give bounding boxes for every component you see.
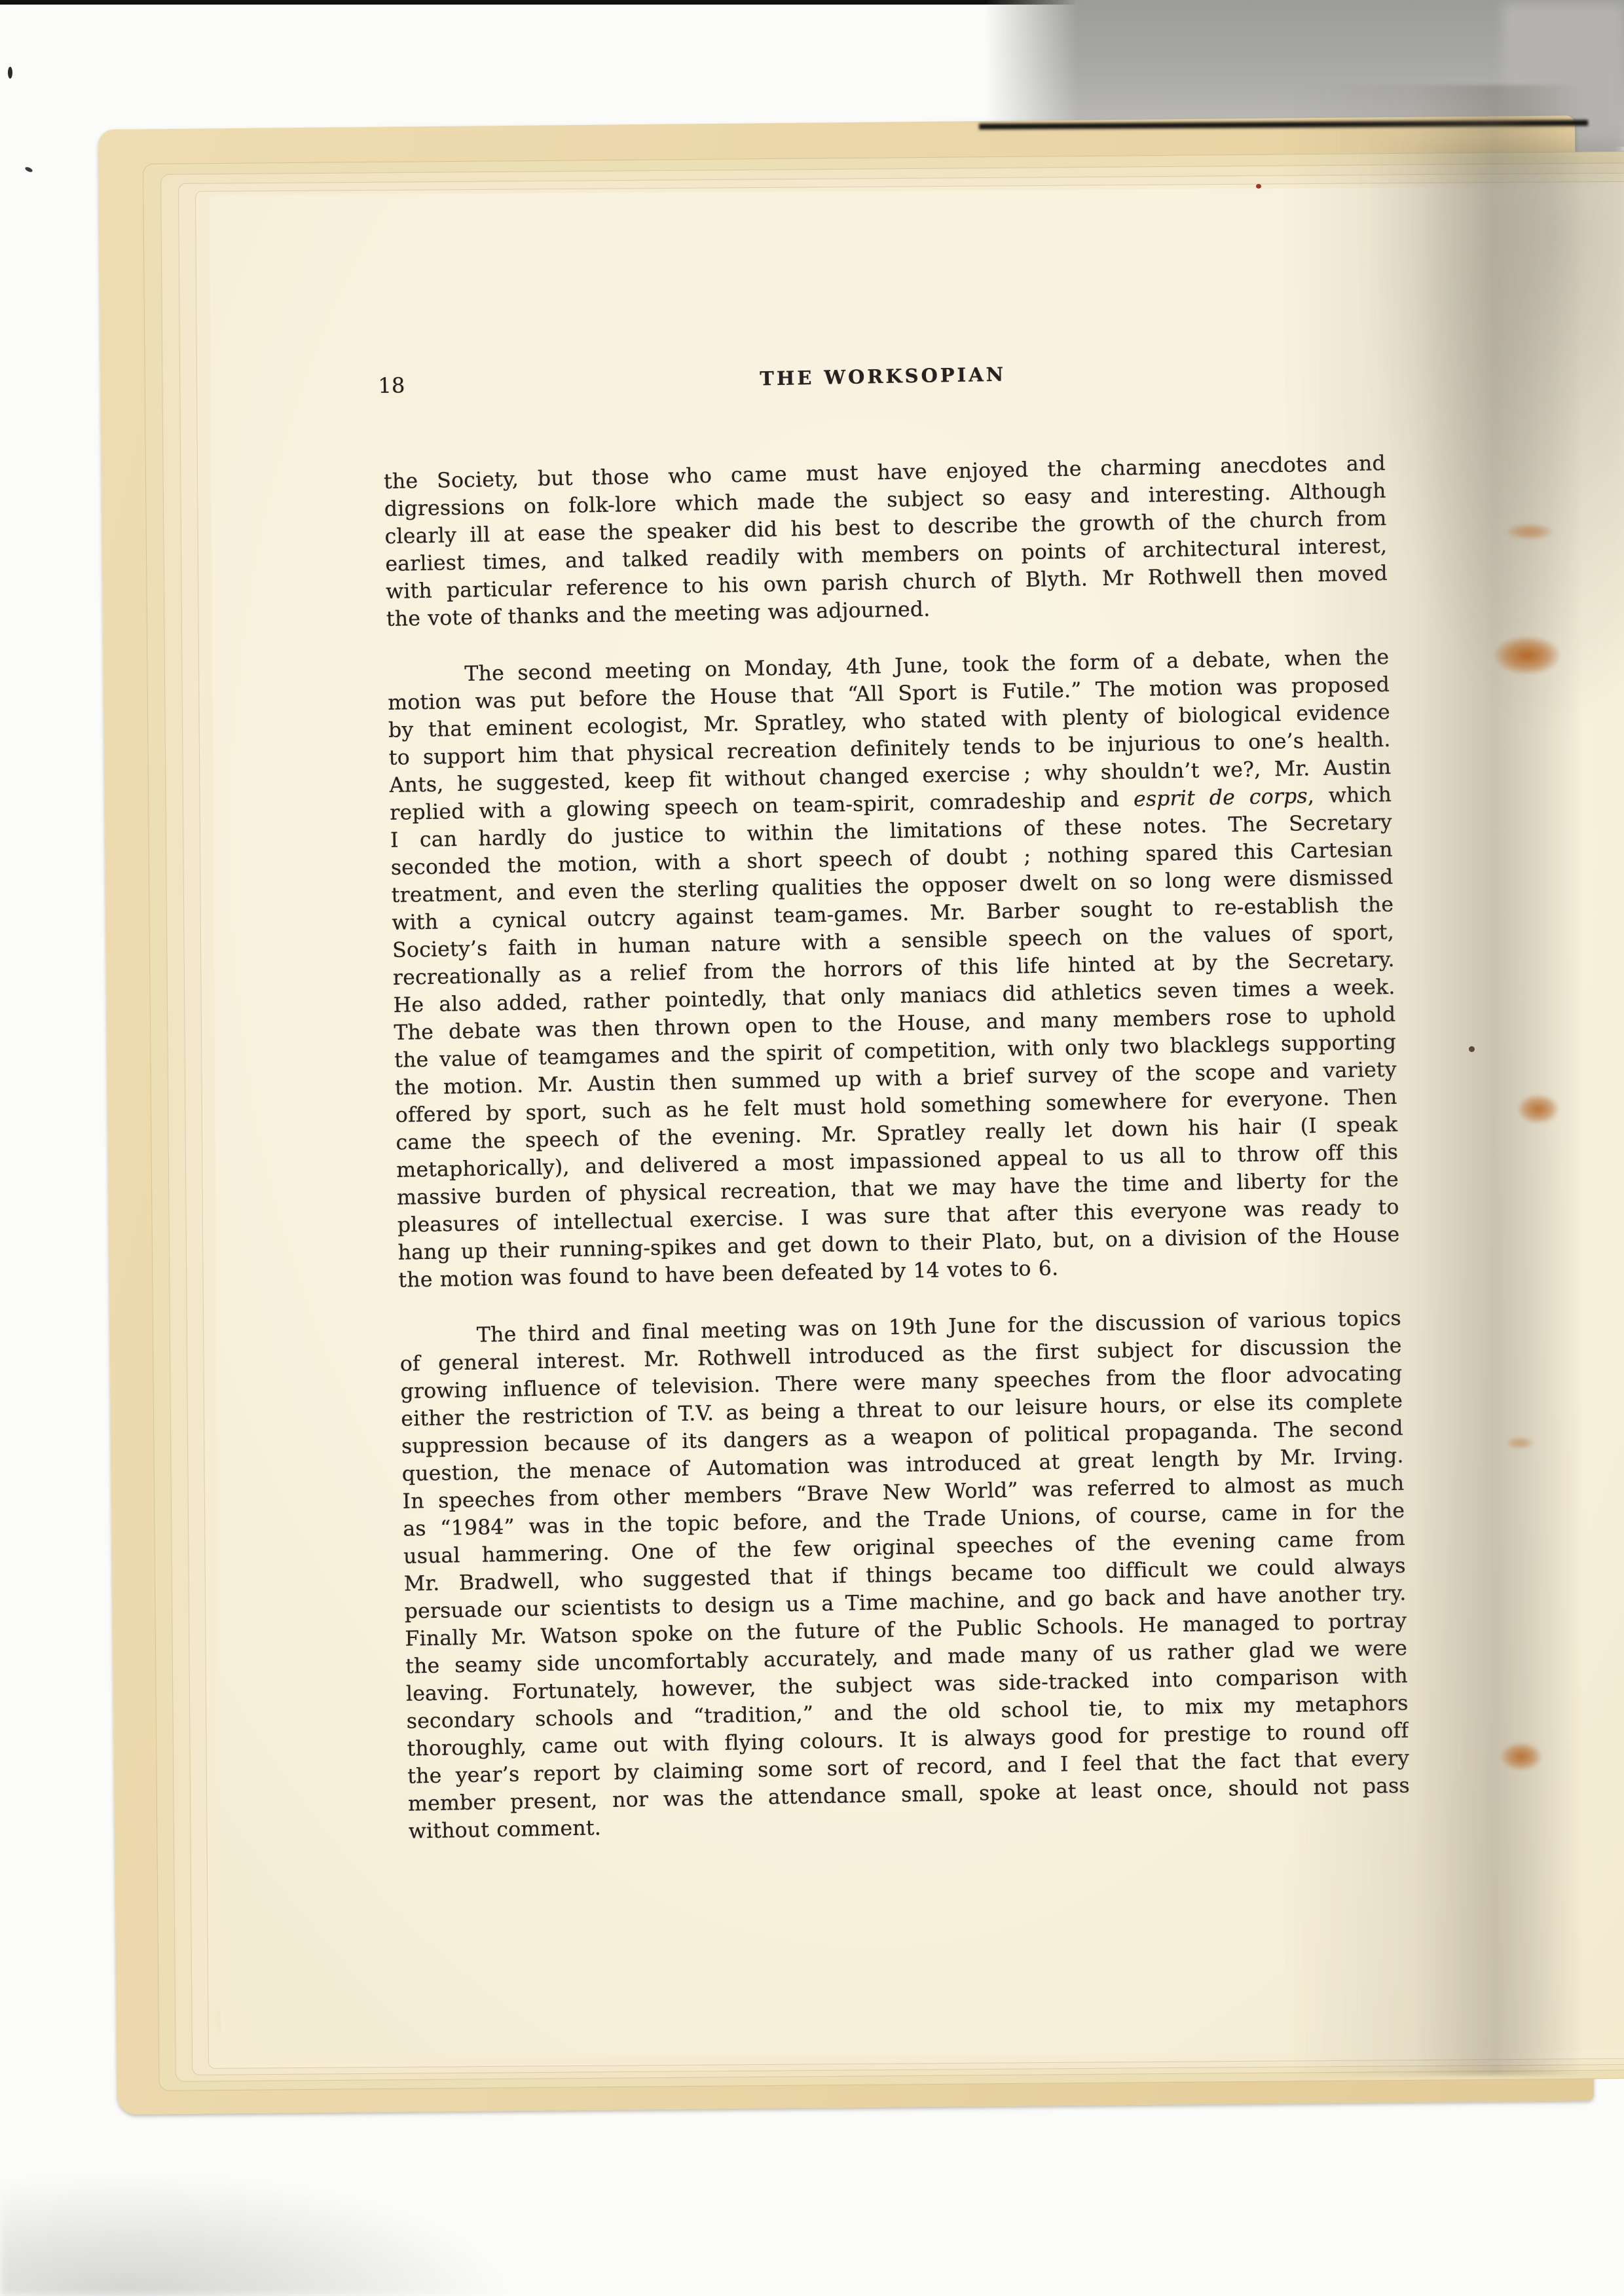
paragraph-2: The second meeting on Monday, 4th June, …	[387, 644, 1400, 1294]
foxing-spot	[1518, 1095, 1559, 1123]
book-scan: 18 THE WORKSOPIAN the Society, but those…	[0, 0, 1624, 2296]
paragraph-3: The third and final meeting was on 19th …	[399, 1305, 1411, 1846]
bottom-corner-shadow	[0, 2174, 511, 2296]
gutter-shadow-top	[1362, 144, 1624, 733]
paragraph-1: the Society, but those who came must hav…	[384, 450, 1388, 633]
dust-speck	[24, 166, 33, 173]
dust-speck	[8, 67, 12, 79]
dust-speck	[1469, 1046, 1475, 1052]
red-speck	[1256, 184, 1261, 189]
foxing-spot	[1501, 1743, 1541, 1770]
foxing-spot	[1494, 636, 1560, 674]
foxing-spot	[1506, 524, 1553, 539]
page-text: 18 THE WORKSOPIAN the Society, but those…	[382, 354, 1411, 1846]
foxing-spot	[1506, 1437, 1534, 1449]
